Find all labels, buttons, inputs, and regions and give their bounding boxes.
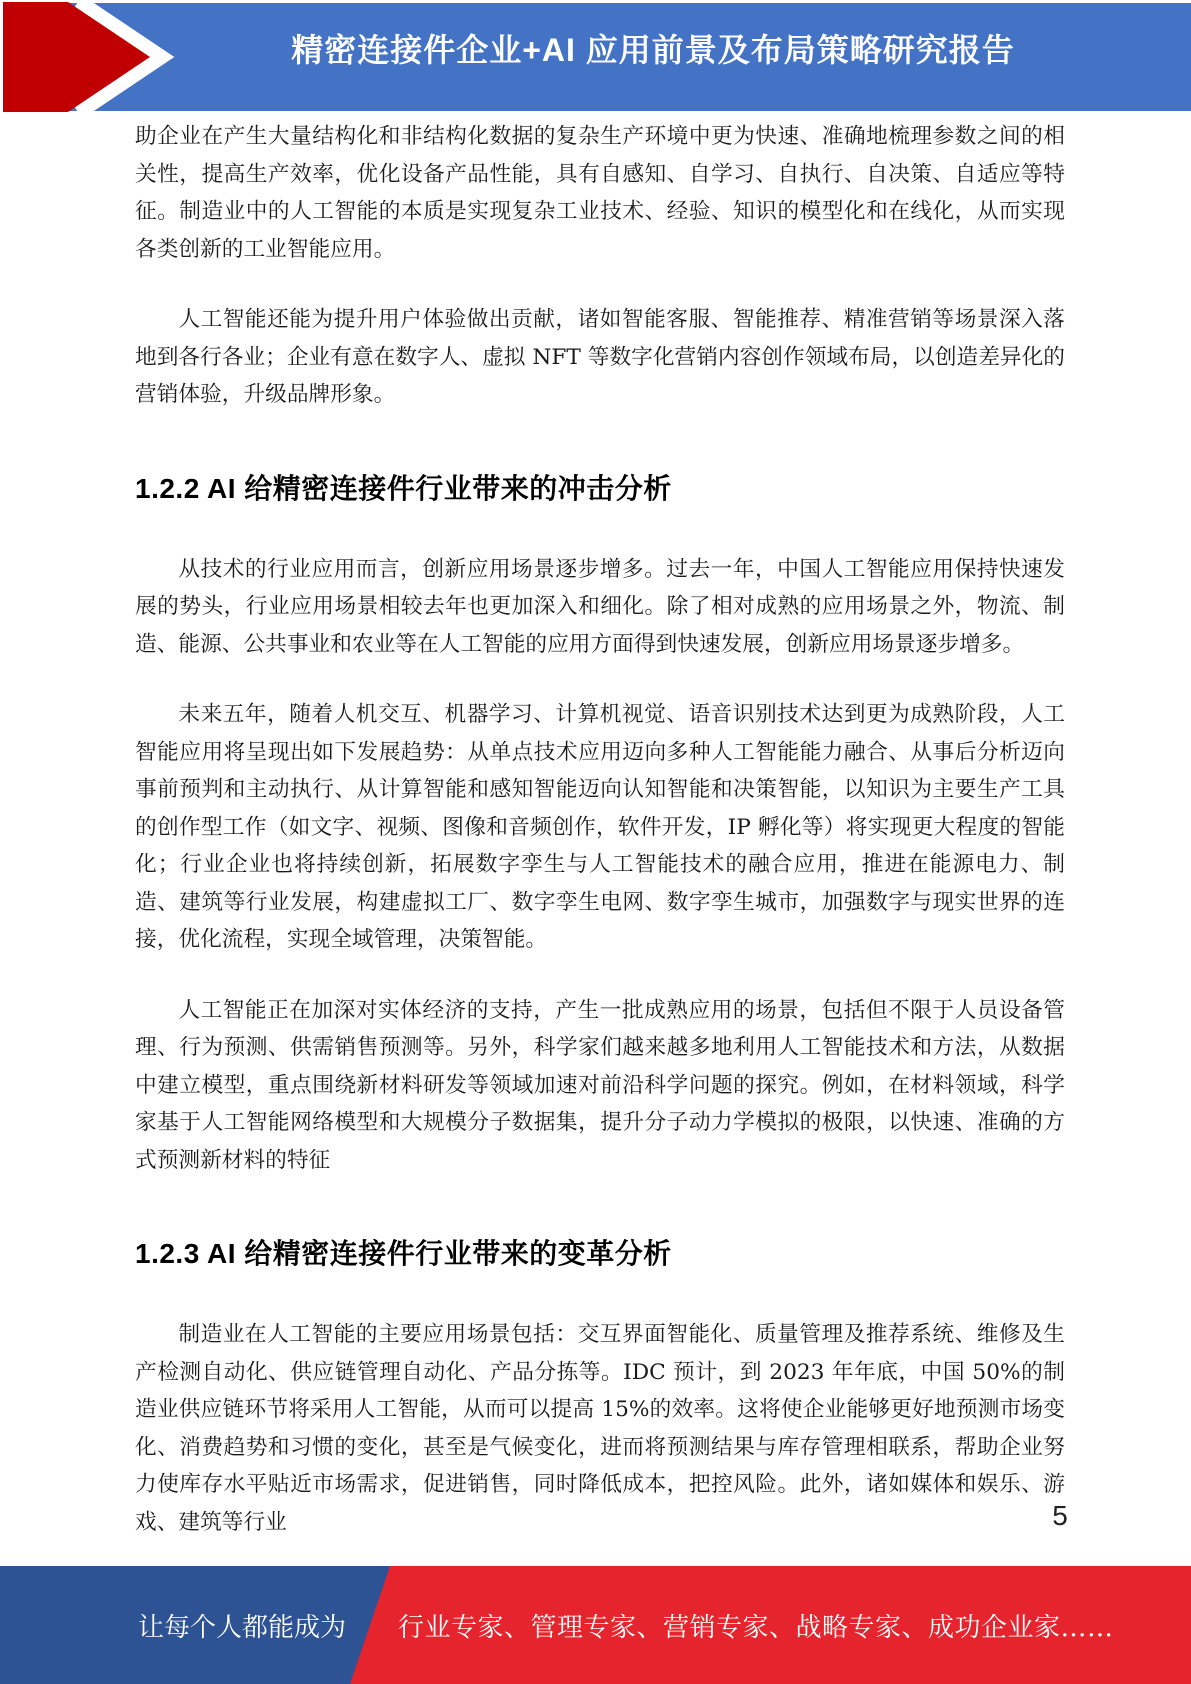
body-paragraph: 制造业在人工智能的主要应用场景包括：交互界面智能化、质量管理及推荐系统、维修及生… bbox=[135, 1316, 1065, 1541]
body-paragraph: 从技术的行业应用而言，创新应用场景逐步增多。过去一年，中国人工智能应用保持快速发… bbox=[135, 551, 1065, 664]
body-paragraph: 助企业在产生大量结构化和非结构化数据的复杂生产环境中更为快速、准确地梳理参数之间… bbox=[135, 118, 1065, 268]
footer-slogan-left: 让每个人都能成为 bbox=[0, 1566, 390, 1684]
body-paragraph: 人工智能还能为提升用户体验做出贡献，诸如智能客服、智能推荐、精准营销等场景深入落… bbox=[135, 301, 1065, 414]
page-footer: 让每个人都能成为 行业专家、管理专家、营销专家、战略专家、成功企业家…… bbox=[0, 1566, 1191, 1684]
report-page: 精密连接件企业+AI 应用前景及布局策略研究报告 助企业在产生大量结构化和非结构… bbox=[0, 0, 1191, 1684]
footer-slogan-right: 行业专家、管理专家、营销专家、战略专家、成功企业家…… bbox=[398, 1566, 1171, 1684]
body-paragraph: 未来五年，随着人机交互、机器学习、计算机视觉、语音识别技术达到更为成熟阶段，人工… bbox=[135, 696, 1065, 959]
report-title: 精密连接件企业+AI 应用前景及布局策略研究报告 bbox=[150, 0, 1156, 96]
body-paragraph: 人工智能正在加深对实体经济的支持，产生一批成熟应用的场景，包括但不限于人员设备管… bbox=[135, 992, 1065, 1180]
section-heading: 1.2.2 AI 给精密连接件行业带来的冲击分析 bbox=[135, 469, 1065, 509]
page-body: 助企业在产生大量结构化和非结构化数据的复杂生产环境中更为快速、准确地梳理参数之间… bbox=[135, 118, 1065, 1574]
page-number: 5 bbox=[1040, 1500, 1080, 1532]
section-heading: 1.2.3 AI 给精密连接件行业带来的变革分析 bbox=[135, 1234, 1065, 1274]
footer-slogan-left-label: 让每个人都能成为 bbox=[138, 1607, 346, 1644]
